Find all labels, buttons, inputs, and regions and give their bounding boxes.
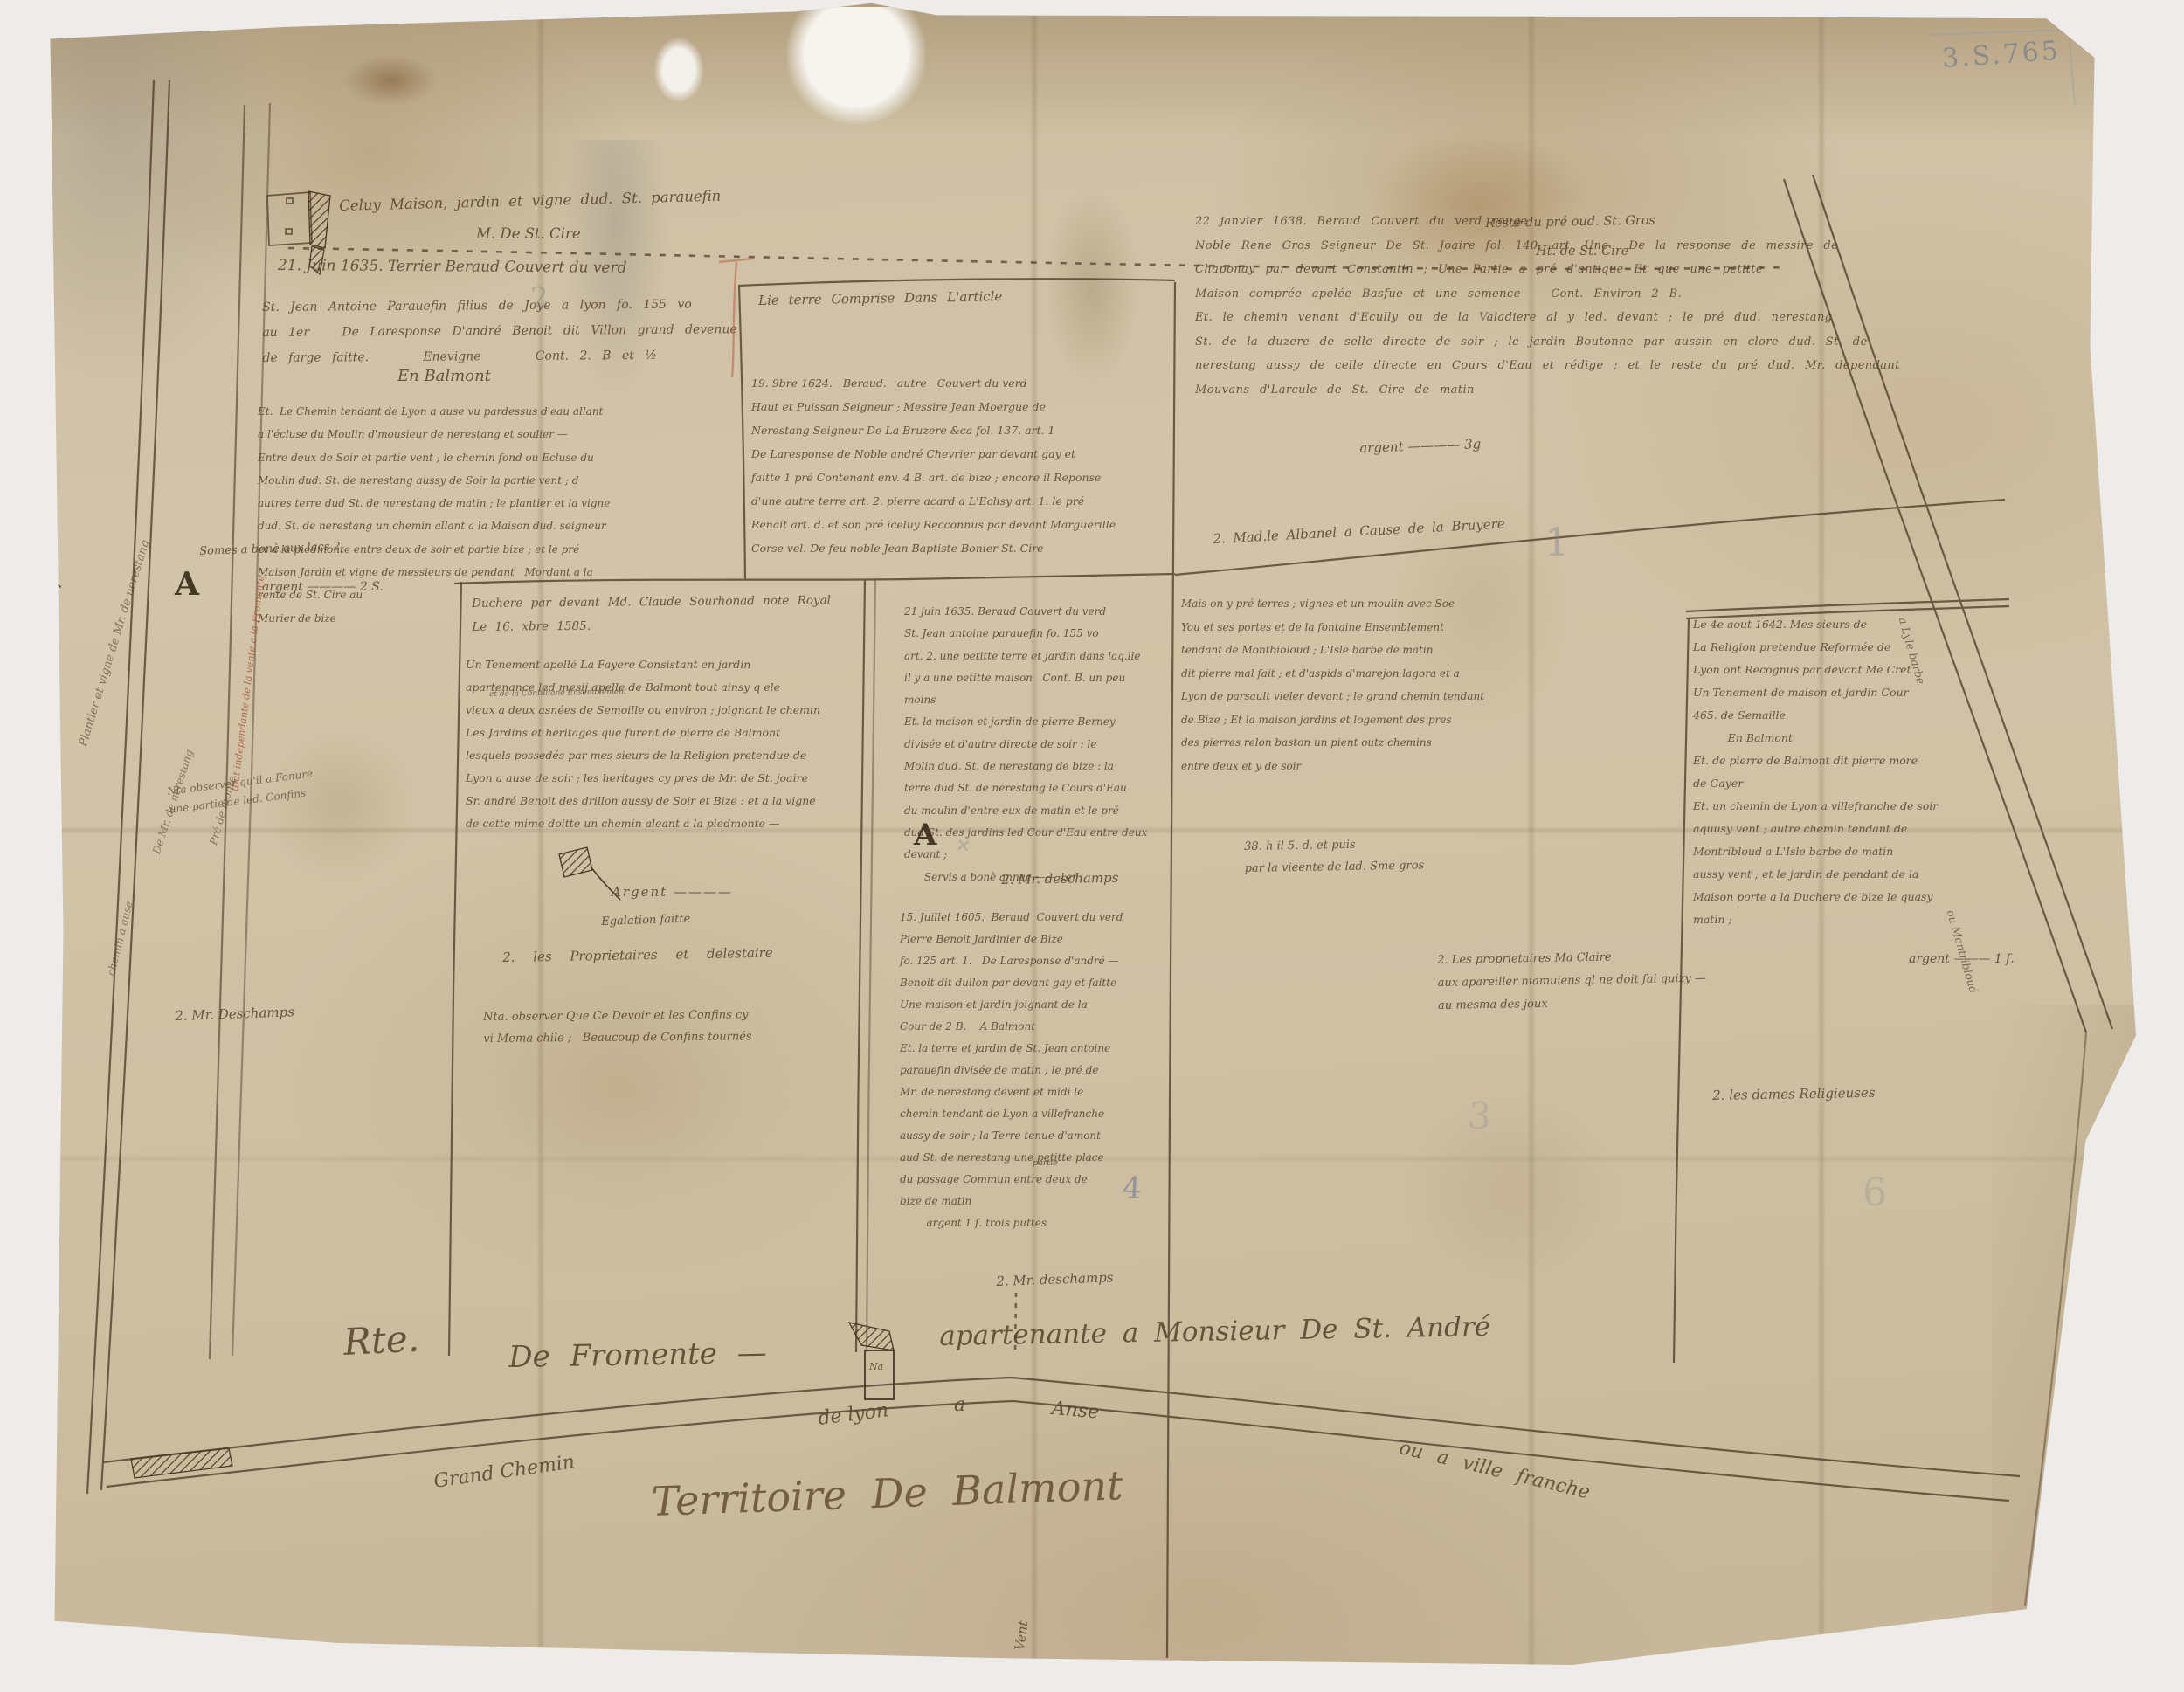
manuscript-line: Et. Le Chemin tendant de Lyon a ause vu … bbox=[258, 400, 610, 423]
deschamps-mid-1: 2. Mr. deschamps bbox=[1001, 870, 1118, 887]
manuscript-line: aussy vent ; et le jardin de pendant de … bbox=[1693, 863, 1938, 886]
manuscript-line: matin ; bbox=[1693, 908, 1938, 931]
manuscript-line: Haut et Puissan Seigneur ; Messire Jean … bbox=[751, 395, 1116, 418]
manuscript-line: Nerestang Seigneur De La Bruzere &ca fol… bbox=[751, 418, 1116, 442]
manuscript-line: 465. de Semaille bbox=[1693, 704, 1938, 727]
manuscript-line: Lyon a ause de soir ; les heritages cy p… bbox=[466, 767, 820, 790]
manuscript-line: fo. 125 art. 1. De Laresponse d'andré — bbox=[900, 950, 1123, 972]
manuscript-line: bize de matin bbox=[900, 1191, 1123, 1212]
manuscript-line: Un Tenement de maison et jardin Cour bbox=[1693, 681, 1938, 704]
cartouche-line2: M. De St. Cire bbox=[476, 225, 581, 242]
manuscript-line: tendant de Montbibloud ; L'Isle barbe de… bbox=[1181, 639, 1484, 662]
manuscript-line: Et. un chemin de Lyon a villefranche de … bbox=[1693, 795, 1938, 818]
manuscript-line: Sr. andré Benoit des drillon aussy de So… bbox=[466, 790, 820, 812]
manuscript-line: dud. St. de nerestang un chemin allant a… bbox=[258, 515, 610, 537]
benoit-entry: 15. Juillet 1605. Beraud Couvert du verd… bbox=[900, 907, 1123, 1234]
manuscript-line: Lyon de parsault vieler devant ; le gran… bbox=[1181, 685, 1484, 708]
parcel-marker-a-left: A bbox=[175, 566, 199, 603]
partie-interline: partie bbox=[1033, 1158, 1058, 1168]
manuscript-line: de Bize ; Et la maison jardins et logeme… bbox=[1181, 708, 1484, 732]
manuscript-line: 22 janvier 1638. Beraud Couvert du verd … bbox=[1195, 210, 1900, 234]
manuscript-line: argent 1 ſ. trois puttes bbox=[900, 1212, 1123, 1234]
manuscript-line: Molin dud. St. de nerestang de bize : la bbox=[904, 756, 1147, 777]
pencil-numeral-2: 2 bbox=[529, 280, 550, 314]
manuscript-line: aussy de soir ; la Terre tenue d'amont bbox=[900, 1125, 1123, 1147]
manuscript-line: aud St. de nerestang une petitte place bbox=[900, 1147, 1123, 1169]
manuscript-line: des pierres relon baston un pient outz c… bbox=[1181, 731, 1484, 755]
beraud-1638-entry: 22 janvier 1638. Beraud Couvert du verd … bbox=[1195, 210, 1900, 402]
manuscript-line: 15. Juillet 1605. Beraud Couvert du verd bbox=[900, 907, 1123, 929]
manuscript-line: au 1er De Laresponse D'andré Benoit dit … bbox=[262, 317, 737, 346]
na-house-label: Na bbox=[869, 1361, 883, 1372]
entry-left-header: St. Jean Antoine Parauefin filius de Joy… bbox=[262, 292, 737, 371]
manuscript-line: a l'écluse du Moulin d'mousieur de neres… bbox=[258, 423, 610, 445]
manuscript-line: aux apareiller niamuiens ql ne doit fai … bbox=[1437, 968, 1706, 995]
manuscript-line: Renait art. d. et son pré iceluy Recconn… bbox=[751, 513, 1116, 536]
manuscript-line: du passage Commun entre deux de bbox=[900, 1169, 1123, 1191]
manuscript-line: devant ; bbox=[904, 844, 1147, 866]
manuscript-line: moins bbox=[904, 689, 1147, 711]
parchment-map-sheet: 3.S.765 Celuy Maison, jardin et vigne du… bbox=[0, 0, 2184, 1692]
mais-entry: Mais on y pré terres ; vignes et un moul… bbox=[1181, 592, 1484, 777]
manuscript-line: art. 2. une petitte terre et jardin dans… bbox=[904, 646, 1147, 667]
photograph-backdrop: 3.S.765 Celuy Maison, jardin et vigne du… bbox=[0, 0, 2184, 1692]
manuscript-line: d'une autre terre art. 2. pierre acard a… bbox=[751, 489, 1116, 513]
fayere-entry: Un Tenement apellé La Fayere Consistant … bbox=[466, 653, 820, 835]
manuscript-line: Mr. de nerestang devent et midi le bbox=[900, 1081, 1123, 1103]
manuscript-line: Pierre Benoit Jardinier de Bize bbox=[900, 929, 1123, 950]
a-label: a bbox=[954, 1394, 965, 1416]
en-balmont-left: En Balmont bbox=[397, 367, 491, 385]
manuscript-line: Maison porte a la Duchere de bize le qua… bbox=[1693, 886, 1938, 908]
manuscript-line: il y a une petitte maison Cont. B. un pe… bbox=[904, 667, 1147, 689]
manuscript-line: faitte 1 pré Contenant env. 4 B. art. de… bbox=[751, 466, 1116, 489]
manuscript-line: St. Jean Antoine Parauefin filius de Joy… bbox=[262, 292, 737, 321]
manuscript-line: Et. la maison et jardin de pierre Berney bbox=[904, 711, 1147, 733]
manuscript-line: Duchere par devant Md. Claude Sourhonad … bbox=[472, 589, 831, 616]
manuscript-line: du moulin d'entre eux de matin et le pré bbox=[904, 800, 1147, 822]
manuscript-line: dit pierre mal fait ; et d'aspids d'mare… bbox=[1181, 662, 1484, 686]
manuscript-line: divisée et d'autre directe de soir : le bbox=[904, 734, 1147, 756]
manuscript-line: St. de la duzere de selle directe de soi… bbox=[1195, 330, 1900, 355]
manuscript-line: Maison comprée apelée Basfue et une seme… bbox=[1195, 282, 1900, 307]
manuscript-line: Lyon ont Recognus par devant Me Cret bbox=[1693, 659, 1938, 681]
argent-left: argent ———— 2 S. bbox=[262, 580, 384, 594]
manuscript-line: de cette mime doitte un chemin aleant a … bbox=[466, 812, 820, 835]
manuscript-line: St. Jean antoine parauefin fo. 155 vo bbox=[904, 623, 1147, 645]
manuscript-line: Entre deux de Soir et partie vent ; le c… bbox=[258, 446, 610, 469]
manuscript-line: aquusy vent ; autre chemin tendant de bbox=[1693, 818, 1938, 840]
entry-38: 38. h il 5. d. et puispar la vieente de … bbox=[1244, 832, 1424, 880]
manuscript-line: vi Mema chile ; Beaucoup de Confins tour… bbox=[483, 1026, 751, 1050]
manuscript-line: Benoit dit dullon par devant gay et fait… bbox=[900, 972, 1123, 994]
manuscript-line: Le 16. xbre 1585. bbox=[472, 612, 831, 639]
manuscript-line: lesquels possedés par mes sieurs de la R… bbox=[466, 744, 820, 767]
matin-label: Matin bbox=[2108, 482, 2139, 537]
manuscript-line: Mais on y pré terres ; vignes et un moul… bbox=[1181, 592, 1484, 616]
manuscript-line: par la vieente de lad. Sme gros bbox=[1244, 854, 1424, 880]
manuscript-line: Moulin dud. St. de nerestang aussy de So… bbox=[258, 469, 610, 492]
manuscript-line: Nta. observer Que Ce Devoir et les Confi… bbox=[483, 1004, 751, 1028]
manuscript-line: Et. la terre et jardin de St. Jean antoi… bbox=[900, 1038, 1123, 1060]
manuscript-line: 21 juin 1635. Beraud Couvert du verd bbox=[904, 601, 1147, 623]
manuscript-line: Un Tenement apellé La Fayere Consistant … bbox=[466, 653, 820, 676]
manuscript-line: You et ses portes et de la fontaine Ense… bbox=[1181, 616, 1484, 639]
manuscript-line: Mouvans d'Larcule de St. Cire de matin bbox=[1195, 378, 1900, 403]
duchere-note: Duchere par devant Md. Claude Sourhonad … bbox=[472, 589, 831, 639]
manuscript-line: 19. 9bre 1624. Beraud. autre Couvert du … bbox=[751, 371, 1116, 395]
manuscript-line: Une maison et jardin joignant de la bbox=[900, 994, 1123, 1016]
argent-center: Argent ———— bbox=[612, 884, 733, 900]
manuscript-line: Cour de 2 B. A Balmont bbox=[900, 1016, 1123, 1038]
manuscript-line: parauefin divisée de matin ; le pré de bbox=[900, 1060, 1123, 1081]
pencil-numeral-1: 1 bbox=[1545, 521, 1569, 565]
nota-center: Nta. observer Que Ce Devoir et les Confi… bbox=[483, 1004, 752, 1050]
manuscript-line: De Laresponse de Noble andré Chevrier pa… bbox=[751, 442, 1116, 466]
pencil-numeral-3: 3 bbox=[1467, 1094, 1493, 1138]
manuscript-line: autres terre dud St. de nerestang de mat… bbox=[258, 492, 610, 515]
manuscript-line: Chaponay par devant Constantin ; Une Par… bbox=[1195, 258, 1900, 282]
manuscript-line: dud St. des jardins led Cour d'Eau entre… bbox=[904, 822, 1147, 844]
manuscript-line: de Gayer bbox=[1693, 772, 1938, 795]
dames-label: 2. les dames Religieuses bbox=[1712, 1085, 1876, 1103]
manuscript-line: au mesma des joux bbox=[1438, 991, 1707, 1018]
rte-label: Rte. bbox=[342, 1316, 420, 1363]
manuscript-line: chemin tendant de Lyon a villefranche bbox=[900, 1103, 1123, 1125]
fromente-label: De Fromente — bbox=[508, 1336, 767, 1375]
parcel-marker-a-mid: A bbox=[914, 818, 936, 853]
x-mark: ✕ bbox=[955, 834, 972, 857]
manuscript-line: Et. le chemin venant d'Ecully ou de la V… bbox=[1195, 306, 1900, 330]
manuscript-line: vieux a deux asnées de Semoille ou envir… bbox=[466, 699, 820, 722]
terrier-date-1635: 21. Juin 1635. Terrier Beraud Couvert du… bbox=[278, 257, 627, 277]
anse-label: Anse bbox=[1051, 1398, 1100, 1424]
manuscript-line: Montribloud a L'Isle barbe de matin bbox=[1693, 840, 1938, 863]
religion-1642-entry: Le 4e aout 1642. Mes sieurs deLa Religio… bbox=[1693, 613, 1938, 931]
manuscript-line: En Balmont bbox=[1693, 727, 1938, 749]
pencil-numeral-6: 6 bbox=[1863, 1171, 1887, 1215]
manuscript-line: terre dud St. de nerestang le Cours d'Ea… bbox=[904, 777, 1147, 799]
manuscript-line: Corse vel. De feu noble Jean Baptiste Bo… bbox=[751, 536, 1116, 560]
manuscript-line: de farge faitte. Enevigne Cont. 2. B et … bbox=[262, 342, 737, 371]
beraud-1635-entry: 21 juin 1635. Beraud Couvert du verdSt. … bbox=[904, 601, 1147, 888]
manuscript-line: 38. h il 5. d. et puis bbox=[1244, 832, 1424, 858]
manuscript-line: Les Jardins et heritages que furent de p… bbox=[466, 722, 820, 744]
proprietaires-right: 2. Les proprietaires Ma Claireaux aparei… bbox=[1437, 945, 1707, 1018]
manuscript-line: entre deux et y de soir bbox=[1181, 755, 1484, 778]
beraud-1624-entry: 19. 9bre 1624. Beraud. autre Couvert du … bbox=[751, 371, 1116, 560]
pencil-numeral-4: 4 bbox=[1122, 1171, 1143, 1206]
manuscript-line: Noble Rene Gros Seigneur De St. Joaire f… bbox=[1195, 234, 1900, 259]
manuscript-line: nerestang aussy de celle directe en Cour… bbox=[1195, 354, 1900, 378]
manuscript-line: Et. de pierre de Balmont dit pierre more bbox=[1693, 749, 1938, 772]
